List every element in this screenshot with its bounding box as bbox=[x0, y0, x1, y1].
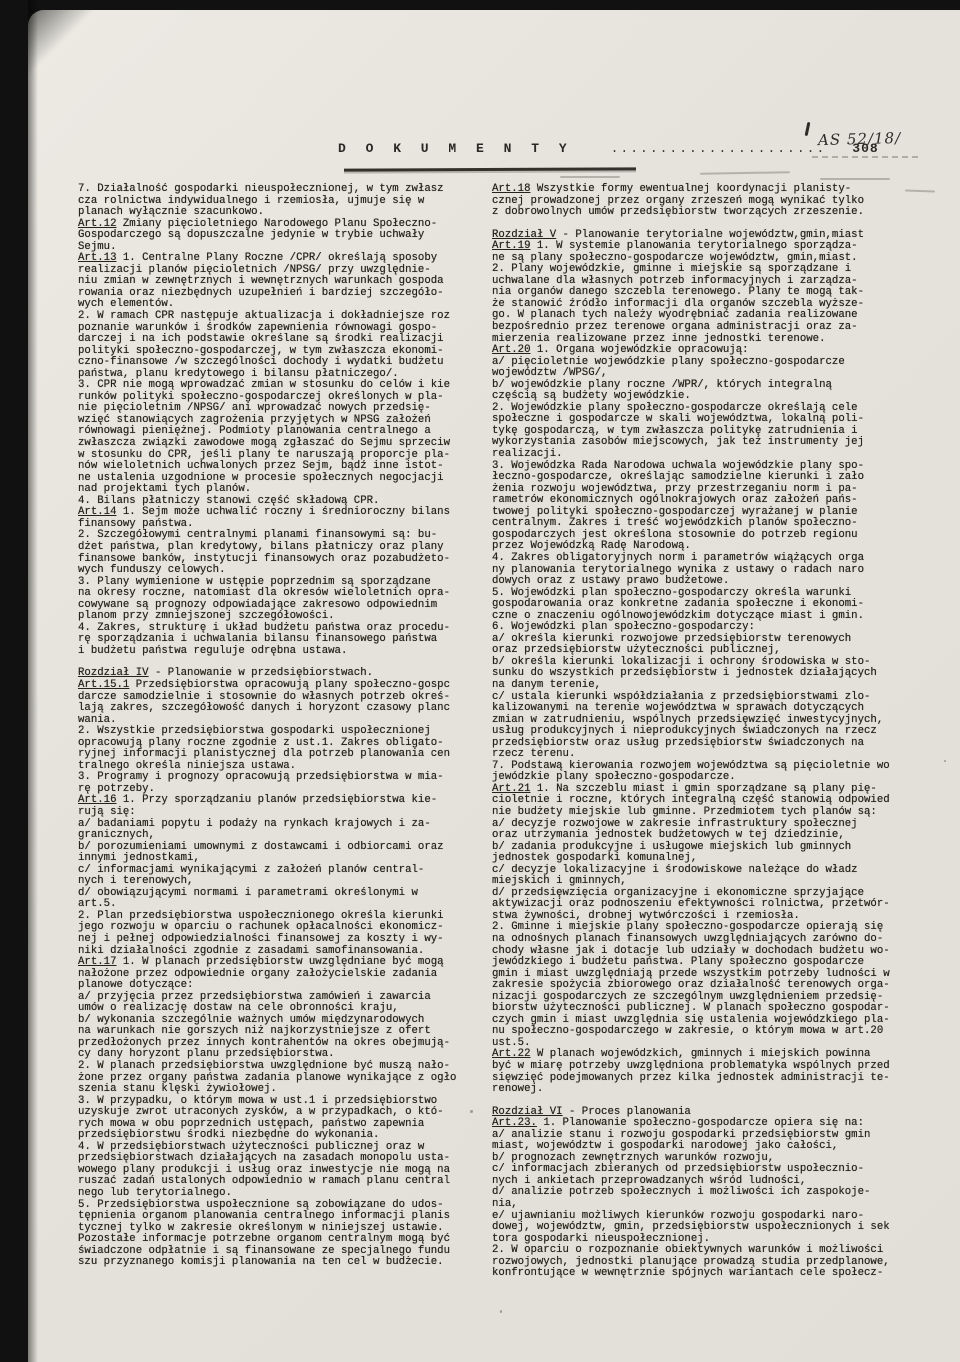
article-label: Art.20 bbox=[492, 344, 530, 356]
page-header: D O K U M E N T Y ......................… bbox=[338, 141, 879, 156]
scan-edge-shadow bbox=[28, 0, 38, 1362]
article-label: Art.13 bbox=[78, 252, 116, 264]
article-paragraph: Art.20 1. Organa wojewódzkie opracowują:… bbox=[492, 345, 932, 784]
scan-speck bbox=[470, 1110, 473, 1113]
article-label: Art.17 bbox=[78, 956, 116, 968]
article-label: Art.18 bbox=[492, 183, 530, 195]
article-label: Art.23. bbox=[492, 1117, 537, 1129]
article-paragraph: Art.21 1. Na szczeblu miast i gmin sporz… bbox=[492, 784, 932, 1050]
article-label: Art.16 bbox=[78, 794, 116, 806]
article-label: Art.19 bbox=[492, 240, 530, 252]
chapter-label: Rozdział VI bbox=[492, 1106, 563, 1118]
handwritten-annotation: AS 52/18/ bbox=[818, 129, 902, 149]
article-paragraph: Art.14 1. Sejm może uchwalić roczny i śr… bbox=[78, 507, 482, 657]
article-paragraph: Art.16 1. Przy sporządzaniu planów przed… bbox=[78, 795, 482, 957]
article-paragraph: Art.18 Wszystkie formy ewentualnej koord… bbox=[492, 184, 932, 219]
text-column-left: 7. Działalność gospodarki nieuspołecznio… bbox=[78, 184, 482, 1269]
article-paragraph: 7. Działalność gospodarki nieuspołecznio… bbox=[78, 184, 482, 219]
chapter-label: Rozdział V bbox=[492, 229, 556, 241]
article-paragraph: Art.19 1. W systemie planowania terytori… bbox=[492, 241, 932, 345]
article-paragraph: Art.13 1. Centralne Plany Roczne /CPR/ o… bbox=[78, 253, 482, 507]
annotation-underline bbox=[812, 156, 922, 158]
text-column-right: Art.18 Wszystkie formy ewentualnej koord… bbox=[492, 184, 932, 1280]
article-label: Art.15.1 bbox=[78, 679, 129, 691]
article-paragraph: Art.17 1. W planach przedsiębiorstw uwzg… bbox=[78, 957, 482, 1269]
article-label: Art.14 bbox=[78, 506, 116, 518]
article-paragraph: Art.15.1 Przedsiębiorstwa opracowują pla… bbox=[78, 680, 482, 795]
article-label: Art.12 bbox=[78, 218, 116, 230]
scan-speck bbox=[944, 760, 946, 762]
dotted-leader: ...................... bbox=[611, 141, 827, 156]
scan-artifact bbox=[560, 176, 620, 178]
chapter-label: Rozdział IV bbox=[78, 667, 149, 679]
article-label: Art.21 bbox=[492, 783, 530, 795]
scan-speck bbox=[500, 1310, 502, 1313]
article-paragraph: Art.12 Zmiany pięcioletniego Narodowego … bbox=[78, 219, 482, 254]
article-label: Art.22 bbox=[492, 1048, 530, 1060]
document-title: D O K U M E N T Y bbox=[338, 141, 573, 156]
article-paragraph: Art.23. 1. Planowanie społeczno-gospodar… bbox=[492, 1118, 932, 1280]
scan-artifact bbox=[820, 178, 890, 180]
article-paragraph: Art.22 W planach wojewódzkich, gminnych … bbox=[492, 1049, 932, 1095]
